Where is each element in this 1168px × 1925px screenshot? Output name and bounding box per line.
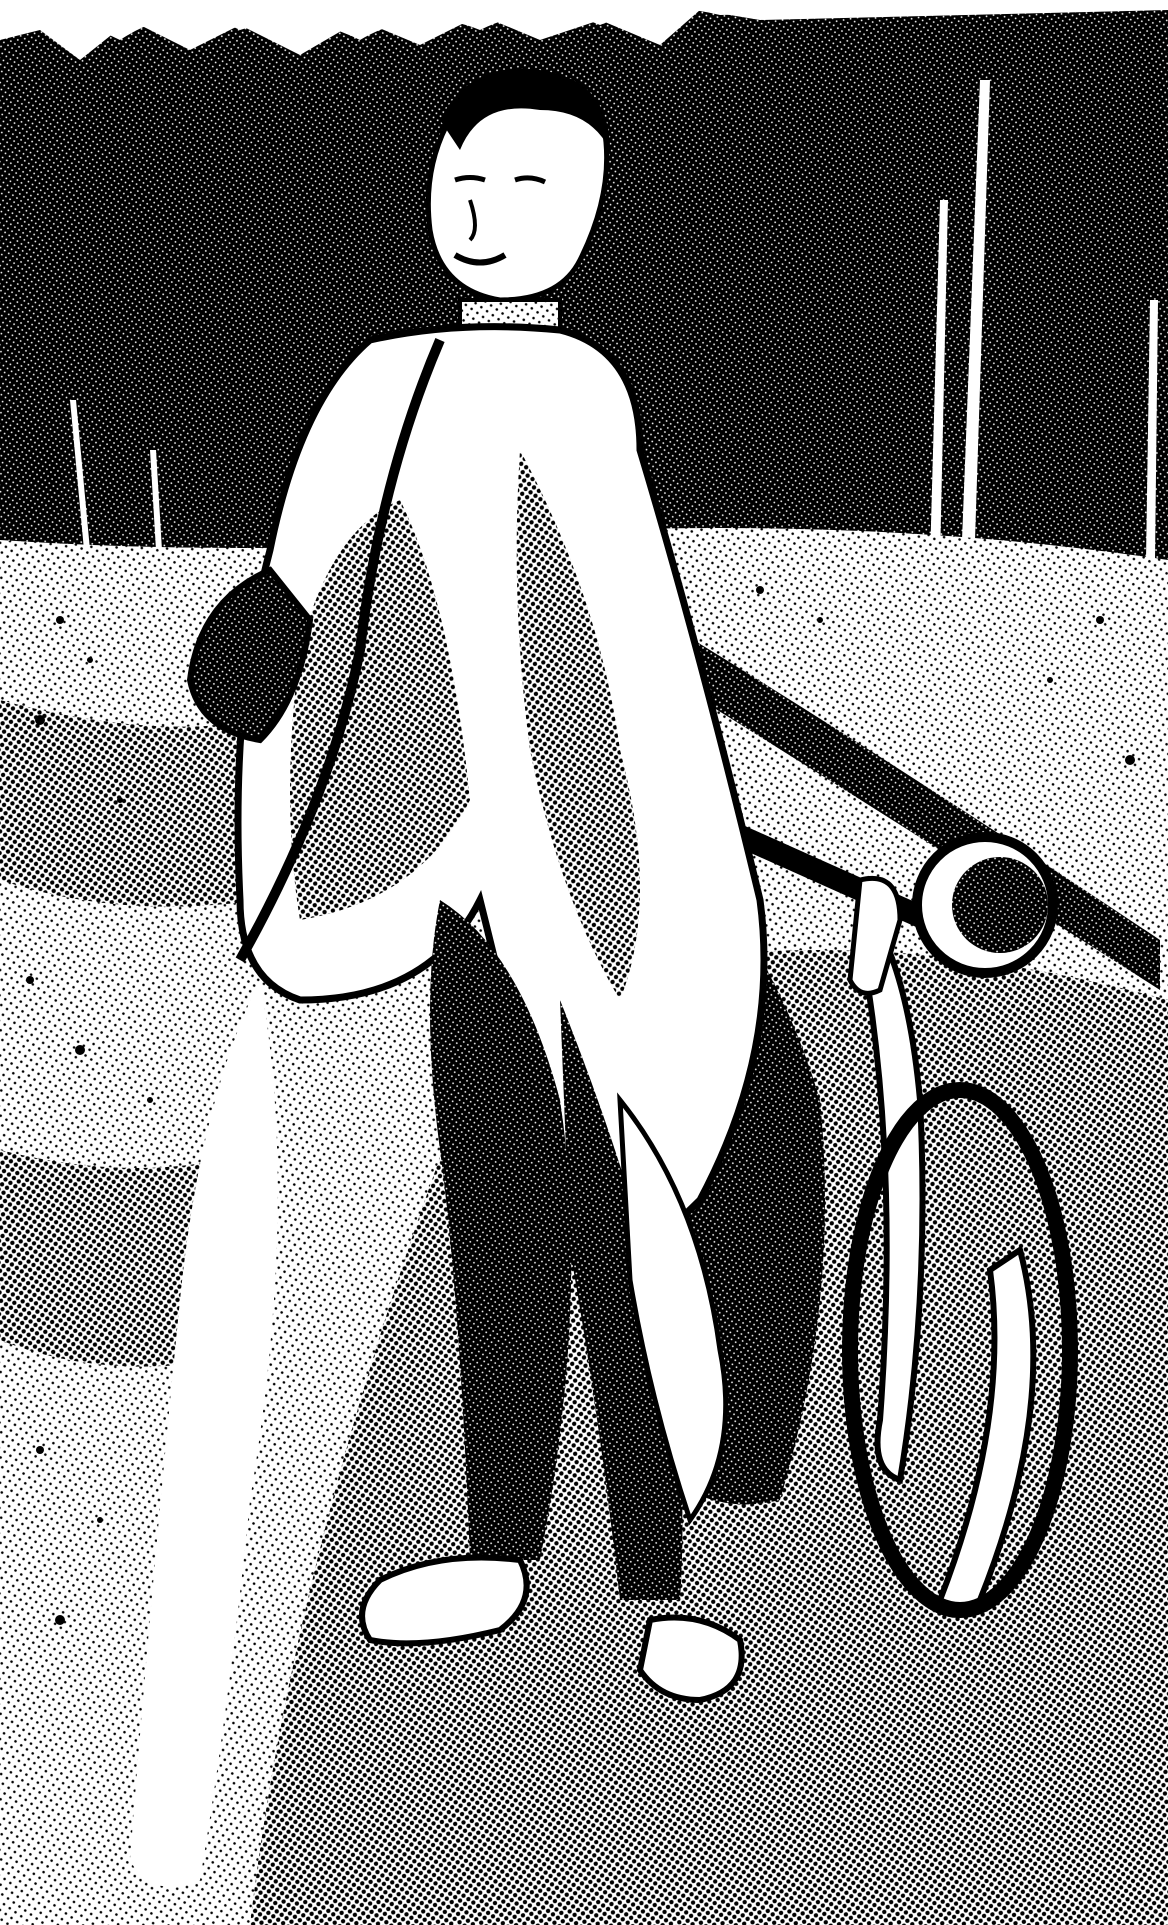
halftone-illustration [0, 0, 1168, 1925]
right-shoe [640, 1618, 742, 1701]
illustration-frame: High-contrast black-and-white halftone p… [0, 0, 1168, 1925]
